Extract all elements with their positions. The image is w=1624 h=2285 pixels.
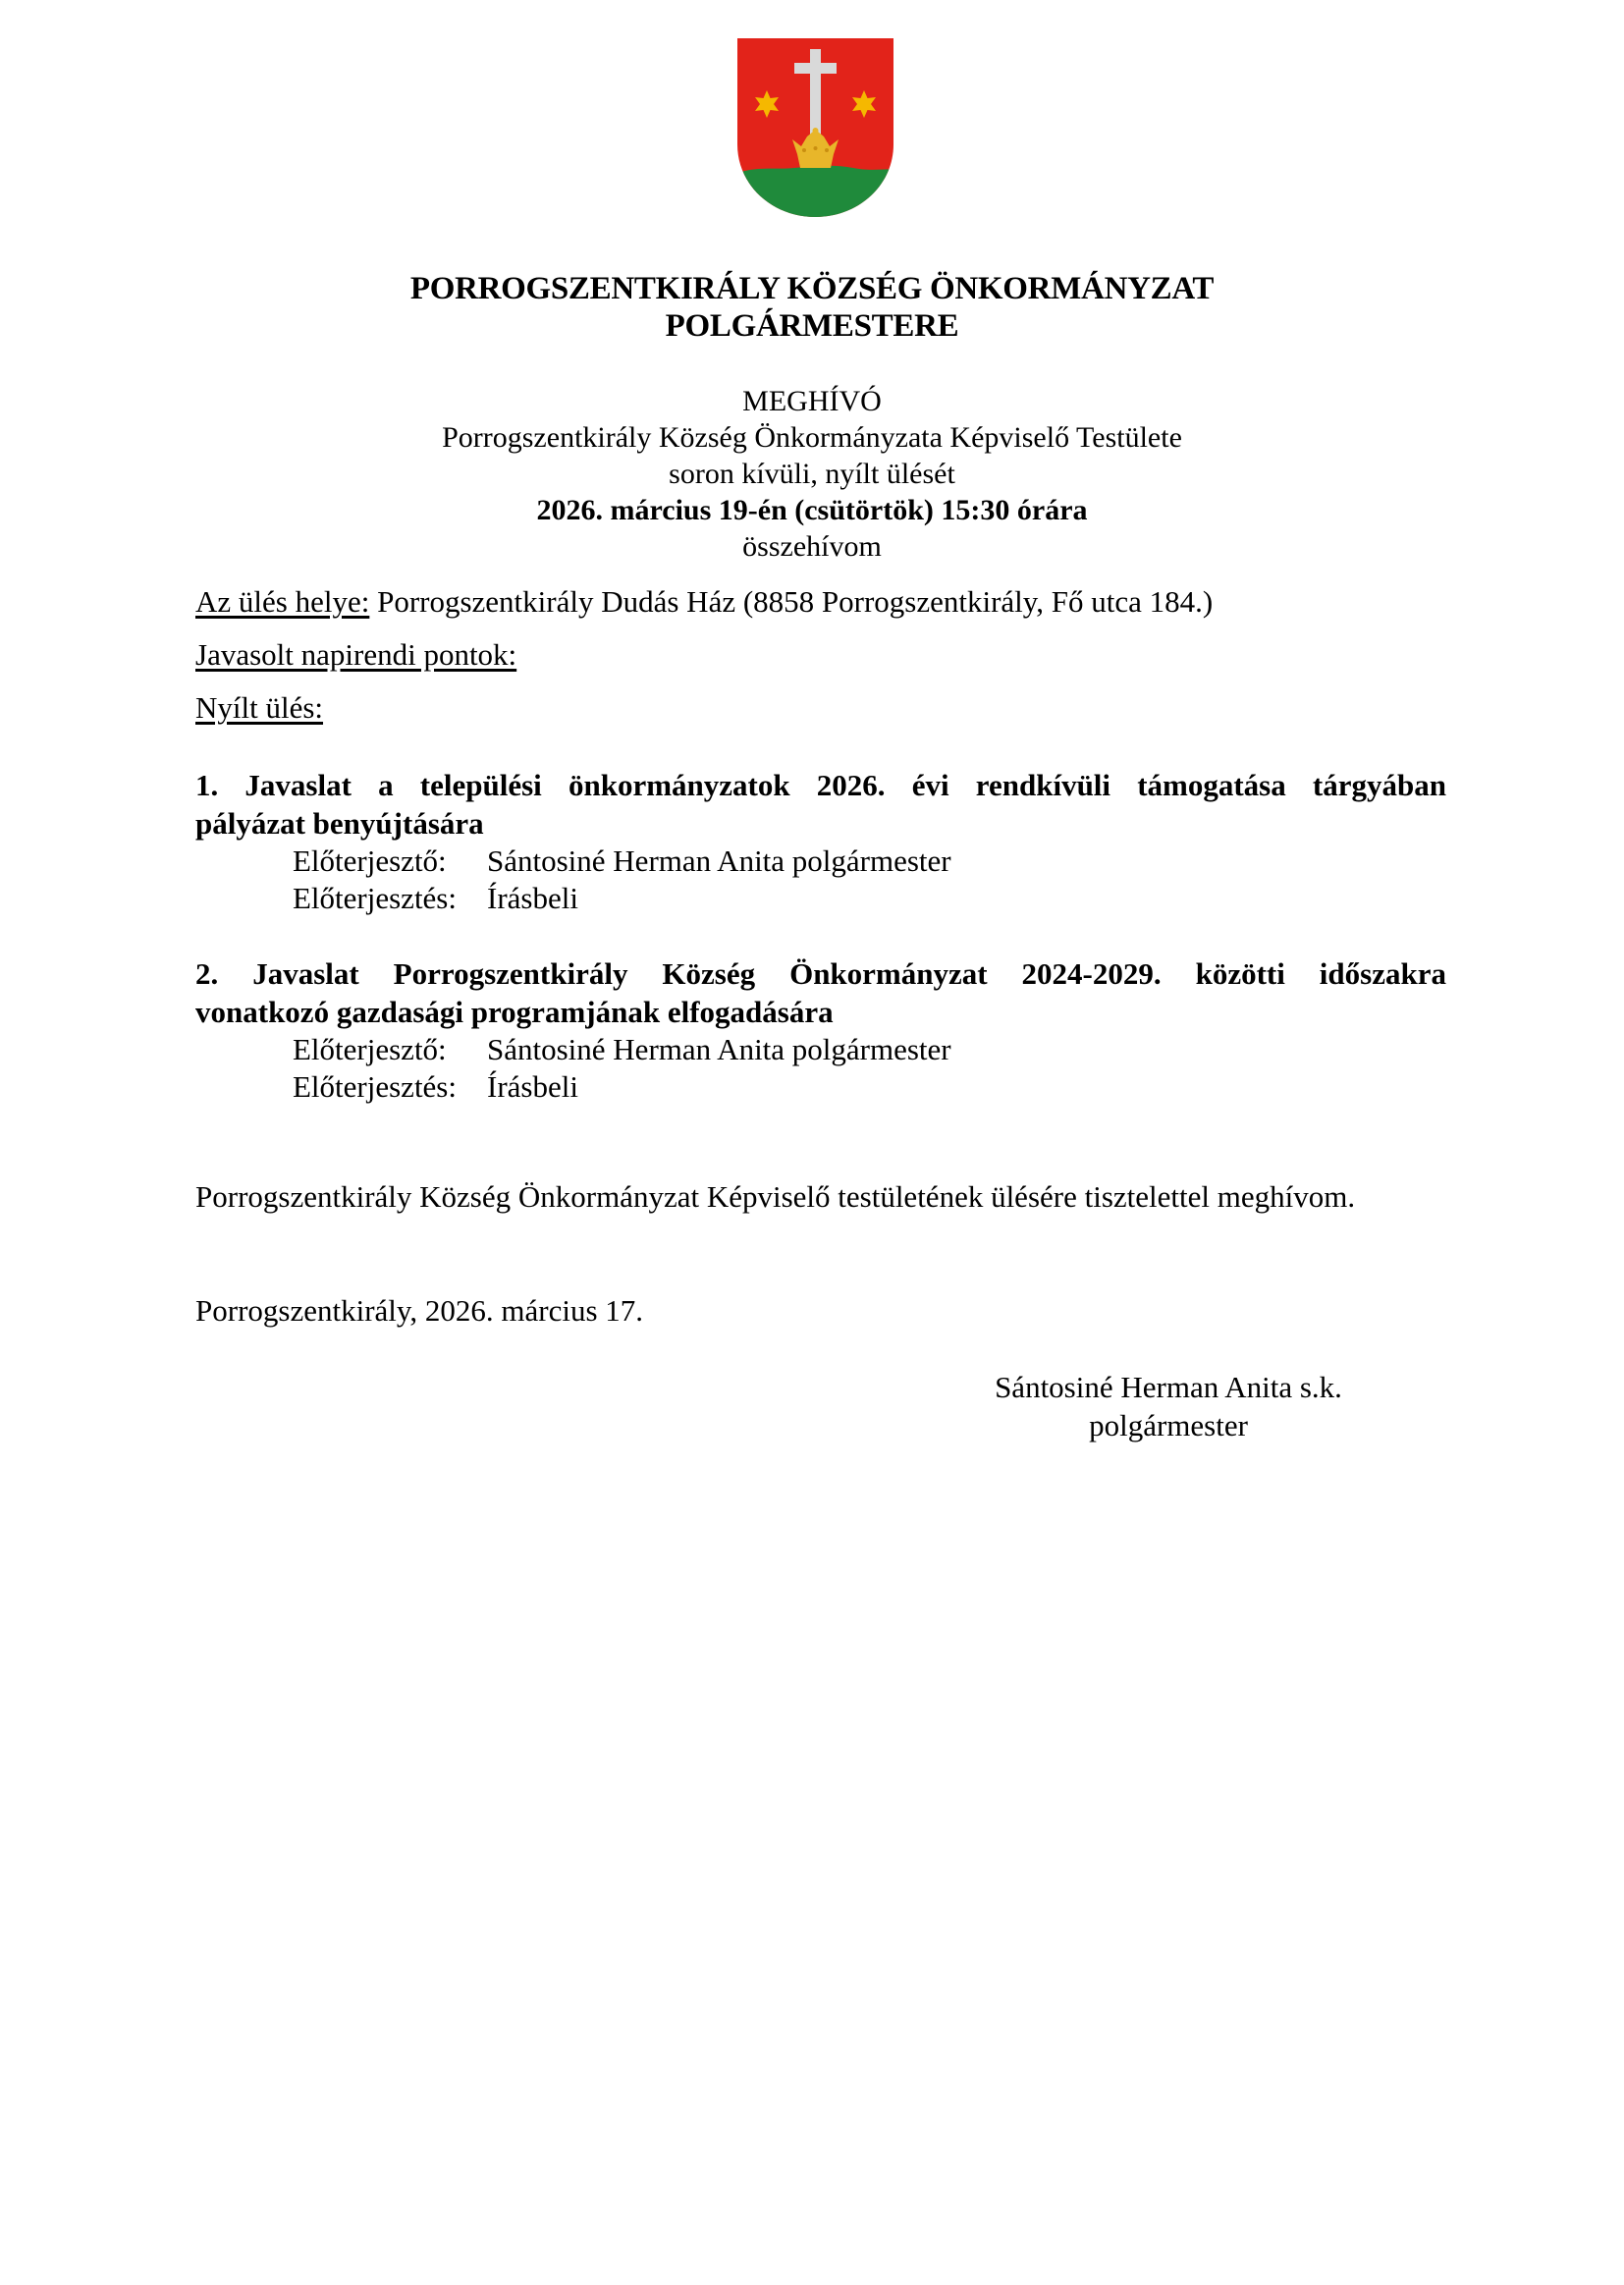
agenda-label: Javasolt napirendi pontok:: [195, 636, 516, 673]
venue-value: Porrogszentkirály Dudás Ház (8858 Porrog…: [377, 584, 1213, 619]
issuer-title: PORROGSZENTKIRÁLY KÖZSÉG ÖNKORMÁNYZAT: [0, 270, 1624, 307]
place-date: Porrogszentkirály, 2026. március 17.: [195, 1292, 643, 1329]
session-datetime: 2026. március 19-én (csütörtök) 15:30 ór…: [0, 492, 1624, 528]
venue-line: Az ülés helye: Porrogszentkirály Dudás H…: [195, 583, 1213, 620]
agenda-item-2-type: Előterjesztés:Írásbeli: [293, 1068, 578, 1106]
agenda-item-1-presenter: Előterjesztő:Sántosiné Herman Anita polg…: [293, 843, 951, 880]
closing-sentence: Porrogszentkirály Község Önkormányzat Ké…: [195, 1178, 1355, 1215]
document-page: PORROGSZENTKIRÁLY KÖZSÉG ÖNKORMÁNYZAT PO…: [0, 0, 1624, 2285]
coat-of-arms-icon: [735, 36, 895, 219]
session-type: soron kívüli, nyílt ülését: [0, 456, 1624, 492]
invitation-closing: összehívom: [0, 528, 1624, 565]
agenda-item-1-title: 1. Javaslat a települési önkormányzatok …: [195, 766, 1446, 843]
signature-title: polgármester: [923, 1406, 1414, 1444]
invitation-heading: MEGHÍVÓ: [0, 383, 1624, 419]
issuer-subtitle: POLGÁRMESTERE: [0, 307, 1624, 345]
agenda-item-2-presenter: Előterjesztő:Sántosiné Herman Anita polg…: [293, 1031, 951, 1068]
signature-name: Sántosiné Herman Anita s.k.: [923, 1368, 1414, 1406]
agenda-item-2-title: 2. Javaslat Porrogszentkirály Község Önk…: [195, 954, 1446, 1031]
venue-label: Az ülés helye:: [195, 584, 369, 619]
agenda-item-1-type: Előterjesztés:Írásbeli: [293, 880, 578, 917]
open-session-label: Nyílt ülés:: [195, 689, 323, 726]
invitation-body: Porrogszentkirály Község Önkormányzata K…: [0, 419, 1624, 456]
